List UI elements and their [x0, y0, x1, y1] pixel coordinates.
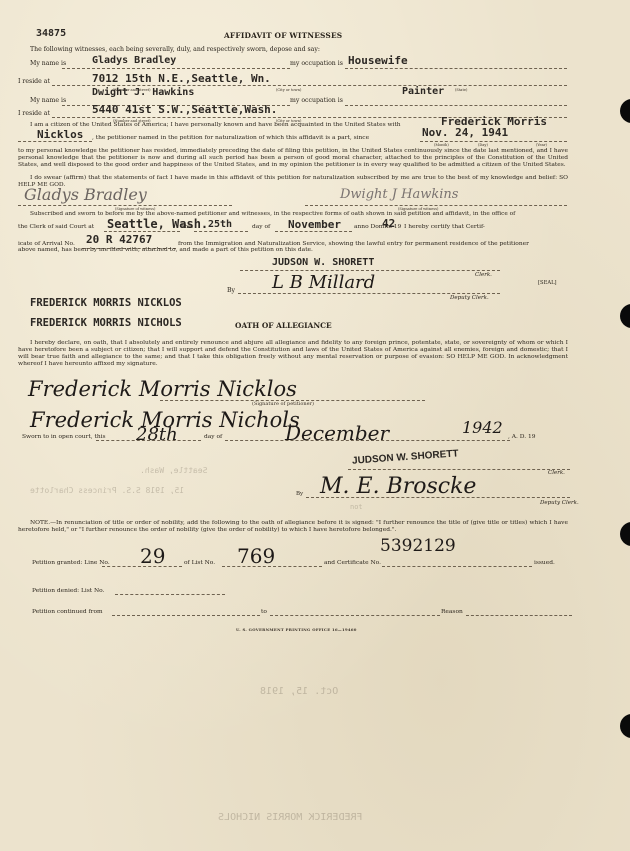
seal-label: [SEAL] [538, 280, 557, 287]
field-line [104, 231, 180, 232]
caption: (Signature of petitioner) [252, 401, 314, 407]
ad-label: , A. D. 19 [508, 434, 536, 441]
witness2-signature: Dwight J Hawkins [340, 187, 458, 202]
continued-label: Petition continued from [32, 609, 103, 616]
clerk-stamp: JUDSON W. SHORETT [352, 448, 459, 466]
line-number: 29 [140, 544, 165, 568]
deputy-label: Deputy Clerk. [540, 500, 579, 507]
witness1-signature: Gladys Bradley [24, 185, 147, 204]
cert-label: and Certificate No. [324, 560, 381, 567]
clerk-label: Clerk. [475, 272, 492, 279]
list-label: of List No. [184, 560, 215, 567]
subscribed-day: 25th [208, 219, 232, 230]
filed-text: above named, has been by me filed with, … [18, 247, 313, 254]
petitioner-name-2: FREDERICK MORRIS NICHOLS [30, 317, 182, 329]
intro-text: The following witnesses, each being seve… [30, 46, 320, 53]
clerk-label: Clerk. [548, 470, 565, 477]
witness1-occupation-label: my occupation is [290, 60, 343, 67]
witness2-name: Dwight J. Hawkins [92, 87, 194, 98]
caption: (Year) [536, 143, 547, 147]
sworn-day: 28th [136, 424, 178, 445]
witness1-address: 7012 15th N.E.,Seattle, Wn. [92, 72, 271, 85]
signature-line [305, 205, 567, 206]
note-label: NOTE. [30, 520, 50, 526]
by-label: By [296, 491, 303, 498]
certificate-of-arrival-number: 20 R 42767 [86, 233, 152, 246]
naturalization-document: Seattle, Wash. 15, 1918 S.S. Princess Ch… [0, 0, 630, 851]
punch-hole [620, 304, 630, 328]
document-title: AFFIDAVIT OF WITNESSES [224, 31, 342, 40]
citizen-statement-body: to my personal knowledge the petitioner … [18, 148, 568, 169]
field-line [115, 594, 225, 595]
note-text: —In renunciation of title or order of no… [18, 520, 568, 533]
deputy-clerk-signature: L B Millard [272, 272, 375, 293]
day-of-label: day of [204, 434, 222, 441]
deputy-line [238, 293, 500, 294]
witness1-name: Gladys Bradley [92, 55, 176, 66]
field-line [62, 68, 290, 69]
reason-label: Reason [441, 609, 463, 616]
granted-label: Petition granted: Line No. [32, 560, 110, 567]
caption: (Day) [478, 143, 488, 147]
deputy-label: Deputy Clerk. [450, 295, 489, 302]
citizen-statement-middle: , the petitioner named in the petition f… [92, 135, 369, 142]
denied-label: Petition denied: List No. [32, 588, 104, 595]
bleed-line: 15, 1918 S.S. Princess Charlotte [30, 486, 184, 495]
field-line [382, 566, 532, 567]
punch-hole [620, 714, 630, 738]
field-line [112, 615, 260, 616]
bleed-through-text: FREDERICK MORRIS NICHOLS [218, 812, 363, 823]
petitioner-signature-1: Frederick Morris Nicklos [28, 377, 297, 401]
field-line [466, 615, 572, 616]
clerk-court-label: the Clerk of said Court at [18, 224, 94, 231]
clerk-name: JUDSON W. SHORETT [272, 257, 374, 268]
field-line [18, 141, 92, 142]
field-line [194, 231, 248, 232]
bleed-line: Oct. 15, 1918 [260, 686, 338, 697]
field-line [275, 231, 352, 232]
list-number: 769 [237, 544, 275, 568]
caption: (State) [455, 88, 467, 92]
petitioner-last-name: Nicklos [37, 128, 83, 141]
witness1-occupation: Housewife [348, 54, 408, 67]
subscribed-line: Subscribed and sworn to before me by the… [30, 211, 515, 218]
bleed-line: Seattle, Wash. [140, 466, 207, 475]
punch-hole [620, 522, 630, 546]
subscribed-year: 42 [382, 217, 395, 230]
signature-line [18, 205, 232, 206]
witness1-name-label: My name is [30, 60, 66, 67]
oath-title: OATH OF ALLEGIANCE [235, 321, 332, 330]
sworn-label: Sworn to in open court, this [22, 434, 106, 441]
caption: (Month) [434, 143, 449, 147]
punch-hole [620, 99, 630, 123]
witness2-address: 5440 41st S.W.,Seattle,Wash. [92, 103, 277, 116]
sworn-month: December [285, 421, 389, 445]
subscribed-month: November [288, 218, 341, 231]
bleed-through-text: Oct. 15, 1918 [260, 686, 338, 697]
bleed-line: not [350, 503, 363, 511]
bleed-line: FREDERICK MORRIS NICHOLS [218, 812, 363, 823]
document-number: 34875 [36, 28, 66, 39]
witness2-reside-label: I reside at [18, 110, 50, 117]
clerk-line [240, 270, 500, 271]
clerk-line [348, 469, 570, 470]
since-date: Nov. 24, 1941 [422, 126, 508, 139]
citizen-statement-prefix: I am a citizen of the United States of A… [30, 122, 401, 129]
this-label: this [182, 224, 193, 231]
field-line [345, 105, 567, 106]
caption: (City or town) [276, 88, 301, 92]
bleed-through-text: 15, 1918 S.S. Princess Charlotte [30, 486, 184, 495]
to-label: to [261, 609, 267, 616]
by-label: By [227, 287, 235, 294]
witness2-name-label: My name is [30, 97, 66, 104]
bleed-through-text: not [350, 503, 363, 511]
certificate-number: 5392129 [380, 536, 456, 556]
deputy-clerk-signature: M. E. Broscke [320, 474, 476, 499]
field-line [52, 85, 567, 86]
witness2-occupation: Painter [402, 86, 444, 97]
day-of-label: day of [252, 224, 270, 231]
issued-label: issued. [534, 560, 555, 567]
printer-imprint: U. S. GOVERNMENT PRINTING OFFICE 16—1946… [236, 627, 357, 632]
field-line [345, 68, 567, 69]
witness2-occupation-label: my occupation is [290, 97, 343, 104]
witness1-reside-label: I reside at [18, 78, 50, 85]
bleed-through-text: Seattle, Wash. [140, 466, 207, 475]
field-line [270, 615, 440, 616]
field-line [420, 141, 567, 142]
nobility-note: NOTE.—In renunciation of title or order … [18, 520, 568, 534]
certify-text: I hereby certify that Certif- [404, 224, 485, 231]
oath-text: I hereby declare, on oath, that I absolu… [18, 339, 568, 367]
sworn-year: 1942 [462, 418, 503, 437]
petitioner-name-1: FREDERICK MORRIS NICKLOS [30, 297, 182, 309]
